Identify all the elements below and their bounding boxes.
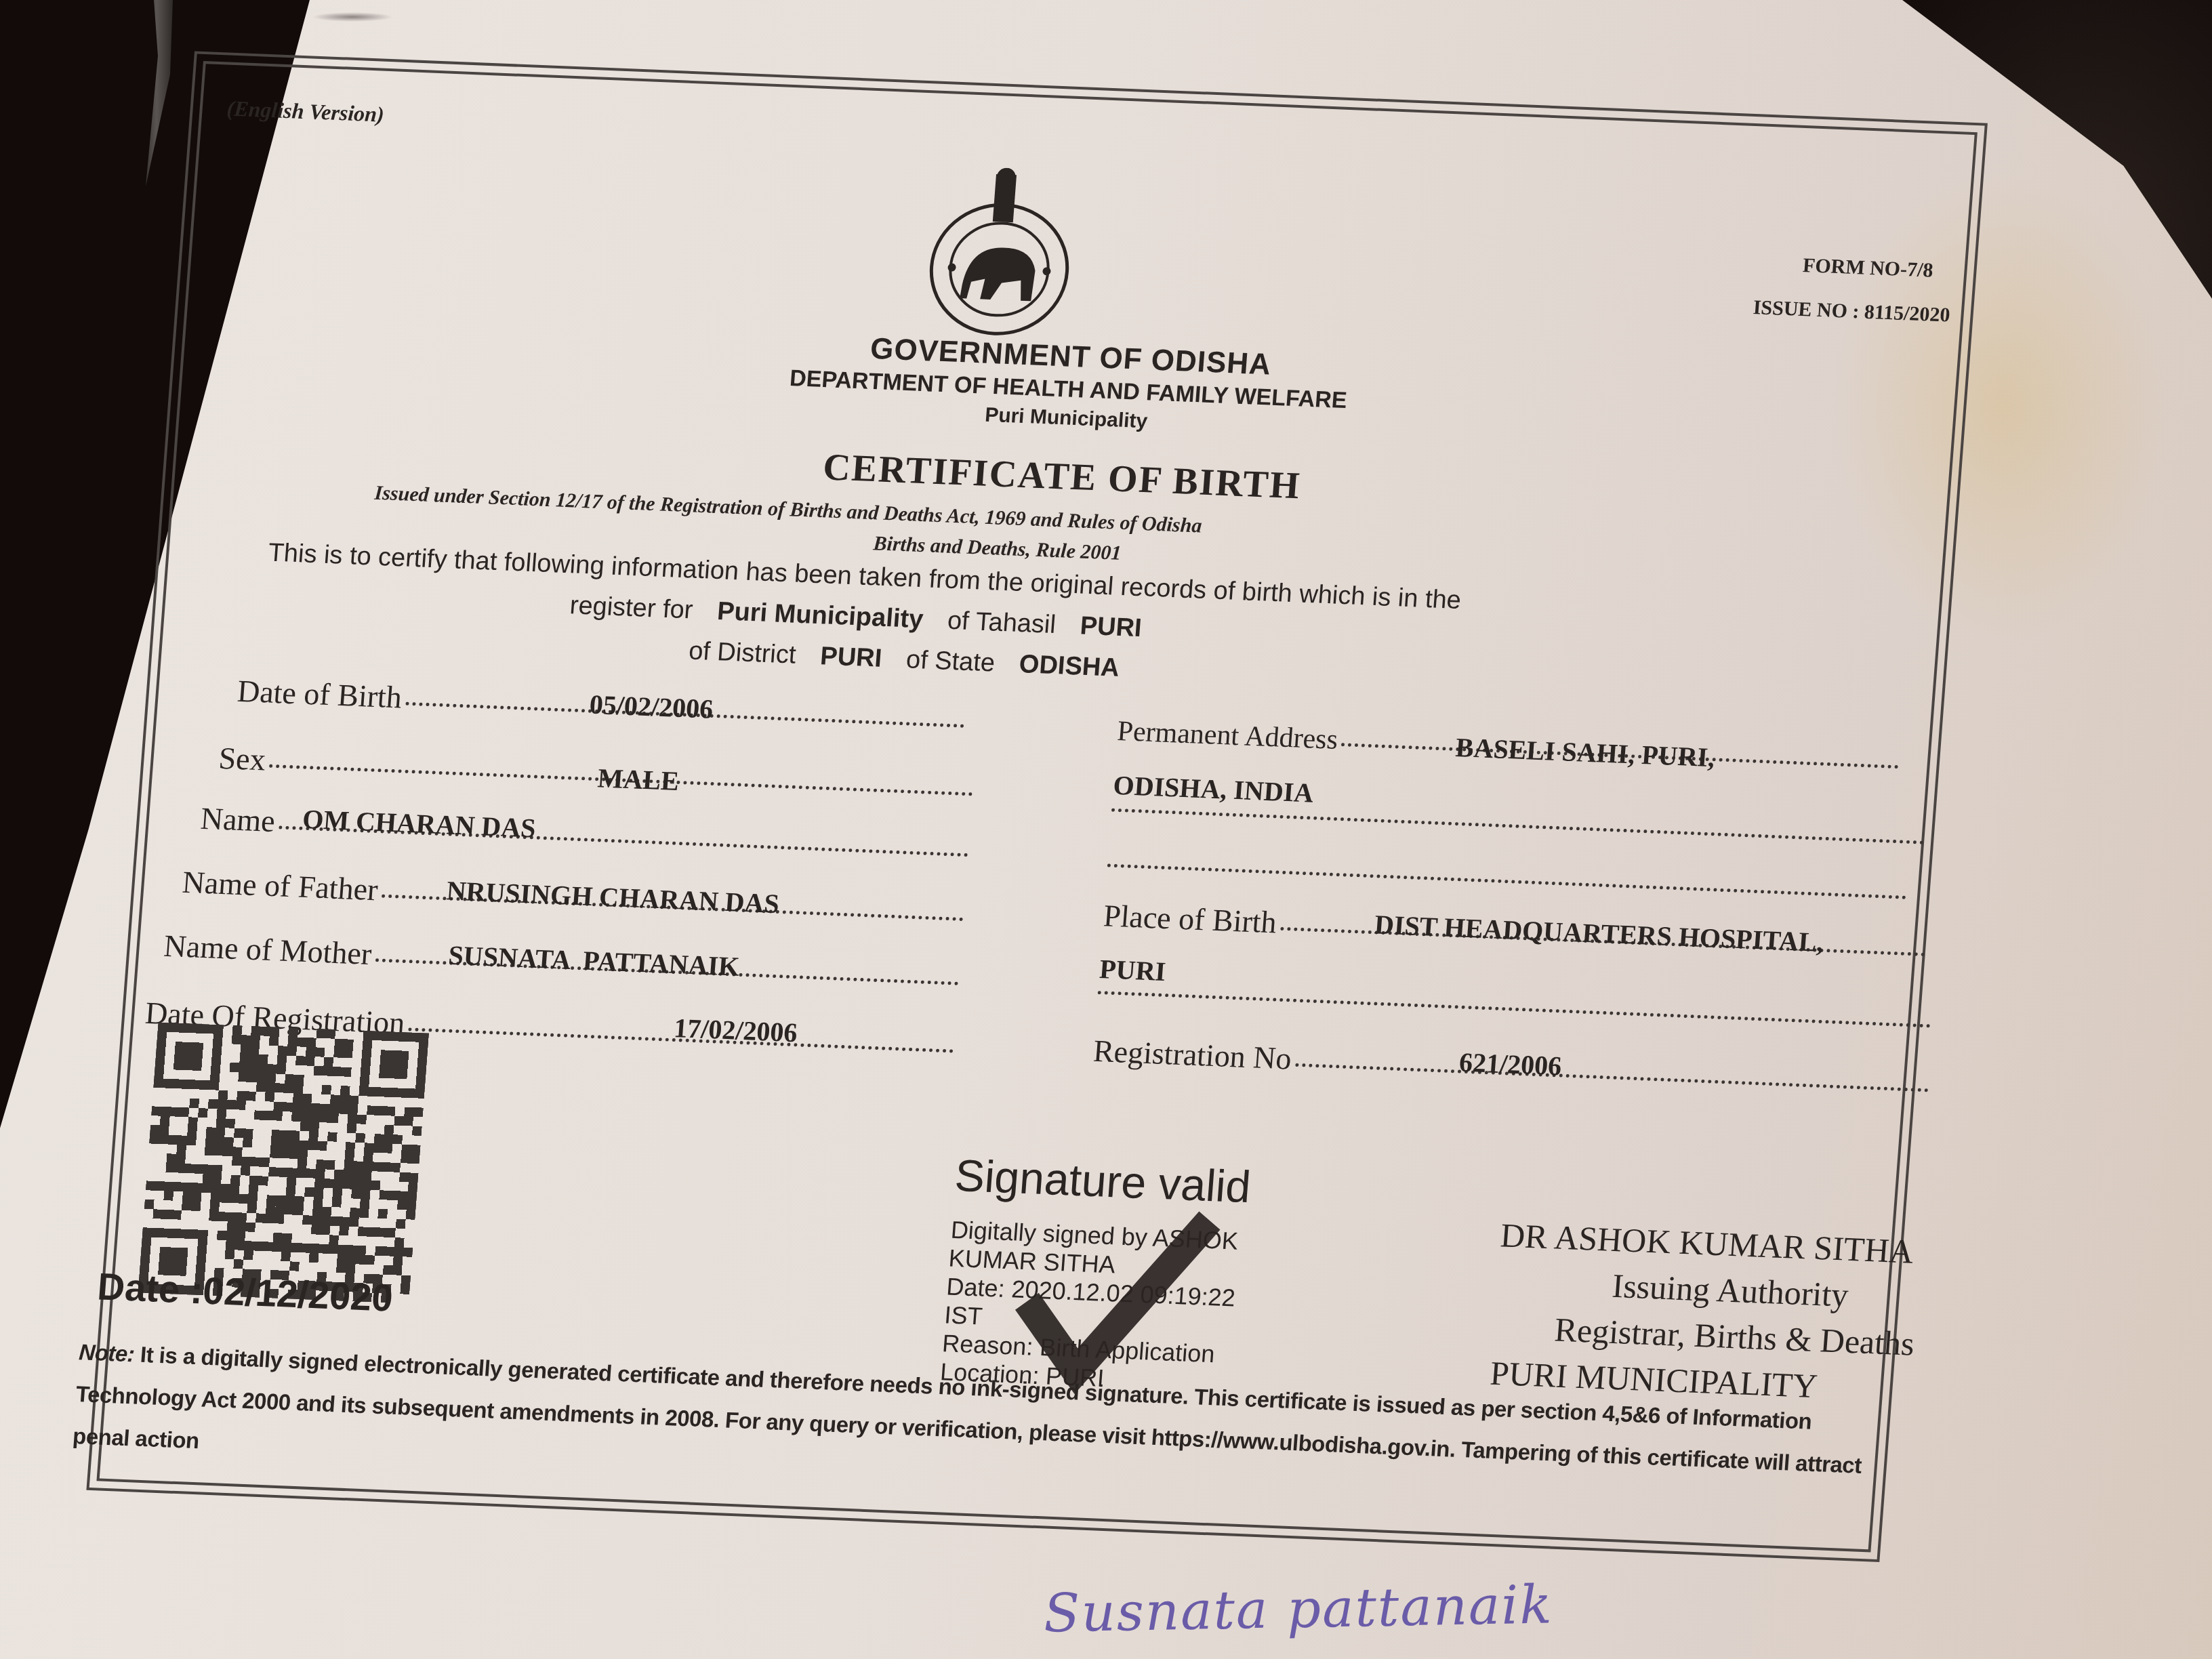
state-label: of State bbox=[905, 645, 996, 677]
field-value: MALE bbox=[596, 762, 680, 797]
field-label: Name bbox=[199, 800, 276, 839]
register-for-label: register for bbox=[569, 591, 694, 624]
note-label: Note: bbox=[78, 1339, 136, 1366]
handwritten-signature: Susnata pattanaik bbox=[1043, 1574, 1553, 1644]
tahasil-label: of Tahasil bbox=[947, 607, 1057, 639]
field-label: Date of Birth bbox=[236, 673, 403, 716]
district-value: PURI bbox=[819, 642, 883, 673]
tahasil-value: PURI bbox=[1079, 612, 1143, 643]
state-value: ODISHA bbox=[1018, 650, 1120, 682]
qr-code-icon[interactable] bbox=[138, 1022, 429, 1303]
field-value: 621/2006 bbox=[1458, 1046, 1563, 1082]
issuing-authority-block: DR ASHOK KUMAR SITHA Issuing Authority R… bbox=[1488, 1212, 1923, 1412]
digital-signature-block: Signature valid Digitally signed by ASHO… bbox=[939, 1149, 1253, 1398]
field-value: 05/02/2006 bbox=[588, 689, 714, 725]
place-of-birth-line2: PURI bbox=[1099, 953, 1167, 987]
odisha-state-emblem-icon bbox=[916, 165, 1084, 347]
field-value: 17/02/2006 bbox=[673, 1012, 799, 1048]
pen-tip-icon bbox=[146, 0, 173, 186]
birth-certificate: (English Version) FORM NO-7/8 ISSUE NO :… bbox=[96, 61, 1977, 1553]
field-label: Sex bbox=[218, 740, 267, 778]
field-label: Place of Birth bbox=[1102, 897, 1277, 940]
ink-smudge bbox=[312, 12, 393, 22]
district-label: of District bbox=[688, 636, 797, 669]
